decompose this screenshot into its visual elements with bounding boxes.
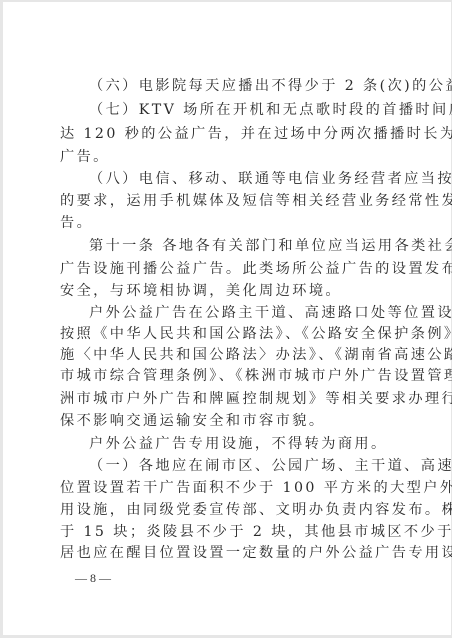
paragraph-item-7-line-1: （七）KTV 场所在开机和无点歌时段的首播时间应播出时长 — [89, 99, 394, 121]
paragraph-article-11-line-3: 安全，与环境相协调，美化周边环境。 — [60, 280, 394, 302]
paragraph-article-11-line-2: 广告设施刊播公益广告。此类场所公益广告的设置发布应当整齐、 — [60, 258, 394, 280]
paragraph-outdoor-highway-line-4: 市城市综合管理条例》、《株洲市城市户外广告设置管理办法》、《株 — [60, 365, 394, 387]
document-page: （六）电影院每天应播出不得少于 2 条(次)的公益广告。 （七）KTV 场所在开… — [3, 2, 451, 635]
paragraph-item-8-line-2: 的要求，运用手机媒体及短信等相关经营业务经常性发布公益广 — [60, 190, 394, 212]
page-number: — 8 — — [75, 568, 111, 588]
paragraph-item-7-line-2: 达 120 秒的公益广告，并在过场中分两次播播时长为 20 秒的公益 — [60, 123, 394, 145]
paragraph-outdoor-highway-line-2: 按照《中华人民共和国公路法》、《公路安全保护条例》、《湖南省实 — [60, 323, 394, 345]
paragraph-item-1-line-2: 位置设置若干广告面积不少于 100 平方米的大型户外公益广告专 — [60, 477, 394, 499]
paragraph-outdoor-highway-line-1: 户外公益广告在公路主干道、高速路口处等位置设置的，应当 — [89, 302, 394, 324]
paragraph-item-8-line-3: 告。 — [60, 212, 394, 234]
paragraph-outdoor-highway-line-3: 施〈中华人民共和国公路法〉办法》、《湖南省高速公路条例》、《株洲 — [60, 344, 394, 366]
paragraph-item-1-line-3: 用设施，由同级党委宣传部、文明办负责内容发布。株洲城区不少 — [60, 499, 394, 521]
paragraph-outdoor-highway-line-6: 保不影响交通运输安全和市容市貌。 — [60, 410, 394, 432]
paragraph-outdoor-dedicated-line-1: 户外公益广告专用设施，不得转为商用。 — [89, 433, 394, 455]
paragraph-article-11-line-1: 第十一条 各地各有关部门和单位应当运用各类社会媒介和 — [89, 235, 394, 257]
paragraph-item-7-line-3: 广告。 — [60, 146, 394, 168]
paragraph-item-1-line-1: （一）各地应在闹市区、公园广场、主干道、高速路口处等重要 — [89, 455, 394, 477]
paragraph-item-8-line-1: （八）电信、移动、联通等电信业务经营者应当按通信主管部门 — [89, 168, 394, 190]
paragraph-item-6-line-1: （六）电影院每天应播出不得少于 2 条(次)的公益广告。 — [89, 75, 394, 97]
paragraph-item-1-line-5: 居也应在醒目位置设置一定数量的户外公益广告专用设施，并在 — [60, 542, 394, 564]
paragraph-item-1-line-4: 于 15 块；炎陵县不少于 2 块，其他县市城区不少于 4 块。镇街和村 — [60, 521, 394, 543]
paragraph-outdoor-highway-line-5: 洲市城市户外广告和牌匾控制规划》等相关要求办理行政许可，确 — [60, 388, 394, 410]
